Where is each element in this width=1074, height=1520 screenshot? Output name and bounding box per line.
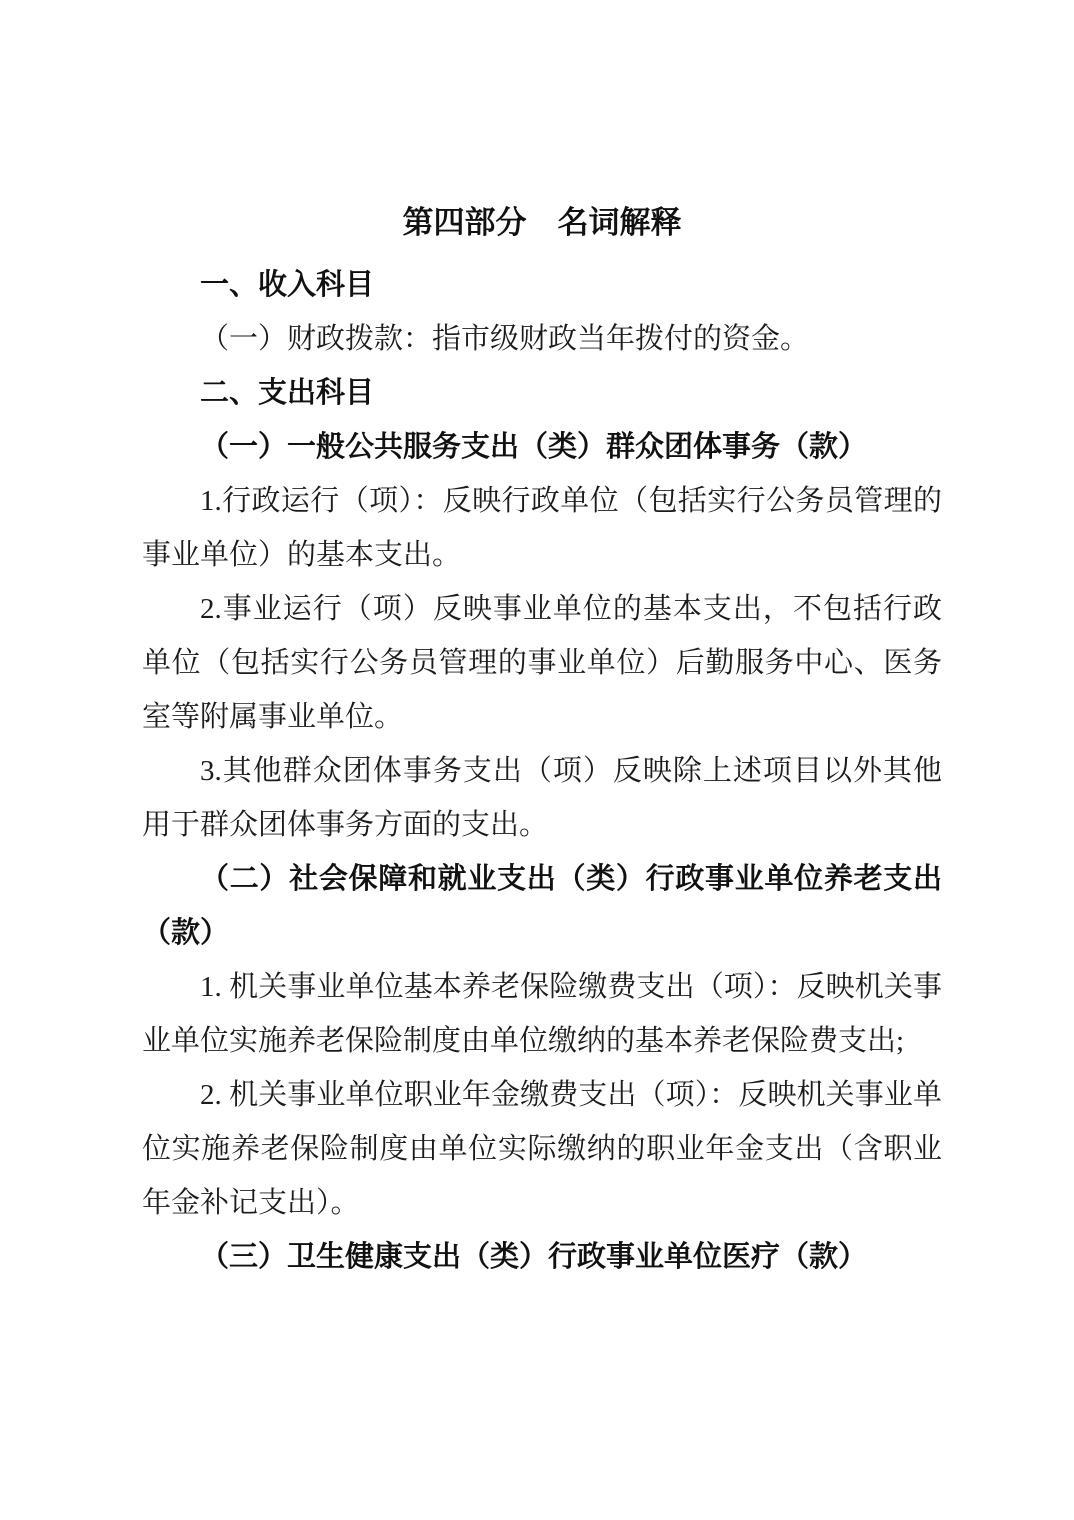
document-content: 第四部分 名词解释 一、收入科目 （一）财政拨款：指市级财政当年拨付的资金。 二…	[142, 0, 942, 1284]
para-fiscal-appropriation: （一）财政拨款：指市级财政当年拨付的资金。	[142, 312, 942, 366]
para-other-mass-org-affairs: 3.其他群众团体事务支出（项）反映除上述项目以外其他用于群众团体事务方面的支出。	[142, 744, 942, 852]
para-administrative-operation: 1.行政运行（项）：反映行政单位（包括实行公务员管理的事业单位）的基本支出。	[142, 474, 942, 582]
page-title: 第四部分 名词解释	[142, 196, 942, 250]
heading-social-security-pension: （二）社会保障和就业支出（类）行政事业单位养老支出（款）	[142, 852, 942, 960]
heading-health-medical: （三）卫生健康支出（类）行政事业单位医疗（款）	[142, 1230, 942, 1284]
heading-general-public-service: （一）一般公共服务支出（类）群众团体事务（款）	[142, 420, 942, 474]
heading-revenue-items: 一、收入科目	[142, 258, 942, 312]
heading-expenditure-items: 二、支出科目	[142, 366, 942, 420]
document-page: 第四部分 名词解释 一、收入科目 （一）财政拨款：指市级财政当年拨付的资金。 二…	[0, 0, 1074, 1520]
para-institutional-operation: 2.事业运行（项）反映事业单位的基本支出，不包括行政单位（包括实行公务员管理的事…	[142, 582, 942, 744]
para-occupational-annuity-contribution: 2. 机关事业单位职业年金缴费支出（项）：反映机关事业单位实施养老保险制度由单位…	[142, 1068, 942, 1230]
para-basic-pension-contribution: 1. 机关事业单位基本养老保险缴费支出（项）：反映机关事业单位实施养老保险制度由…	[142, 960, 942, 1068]
